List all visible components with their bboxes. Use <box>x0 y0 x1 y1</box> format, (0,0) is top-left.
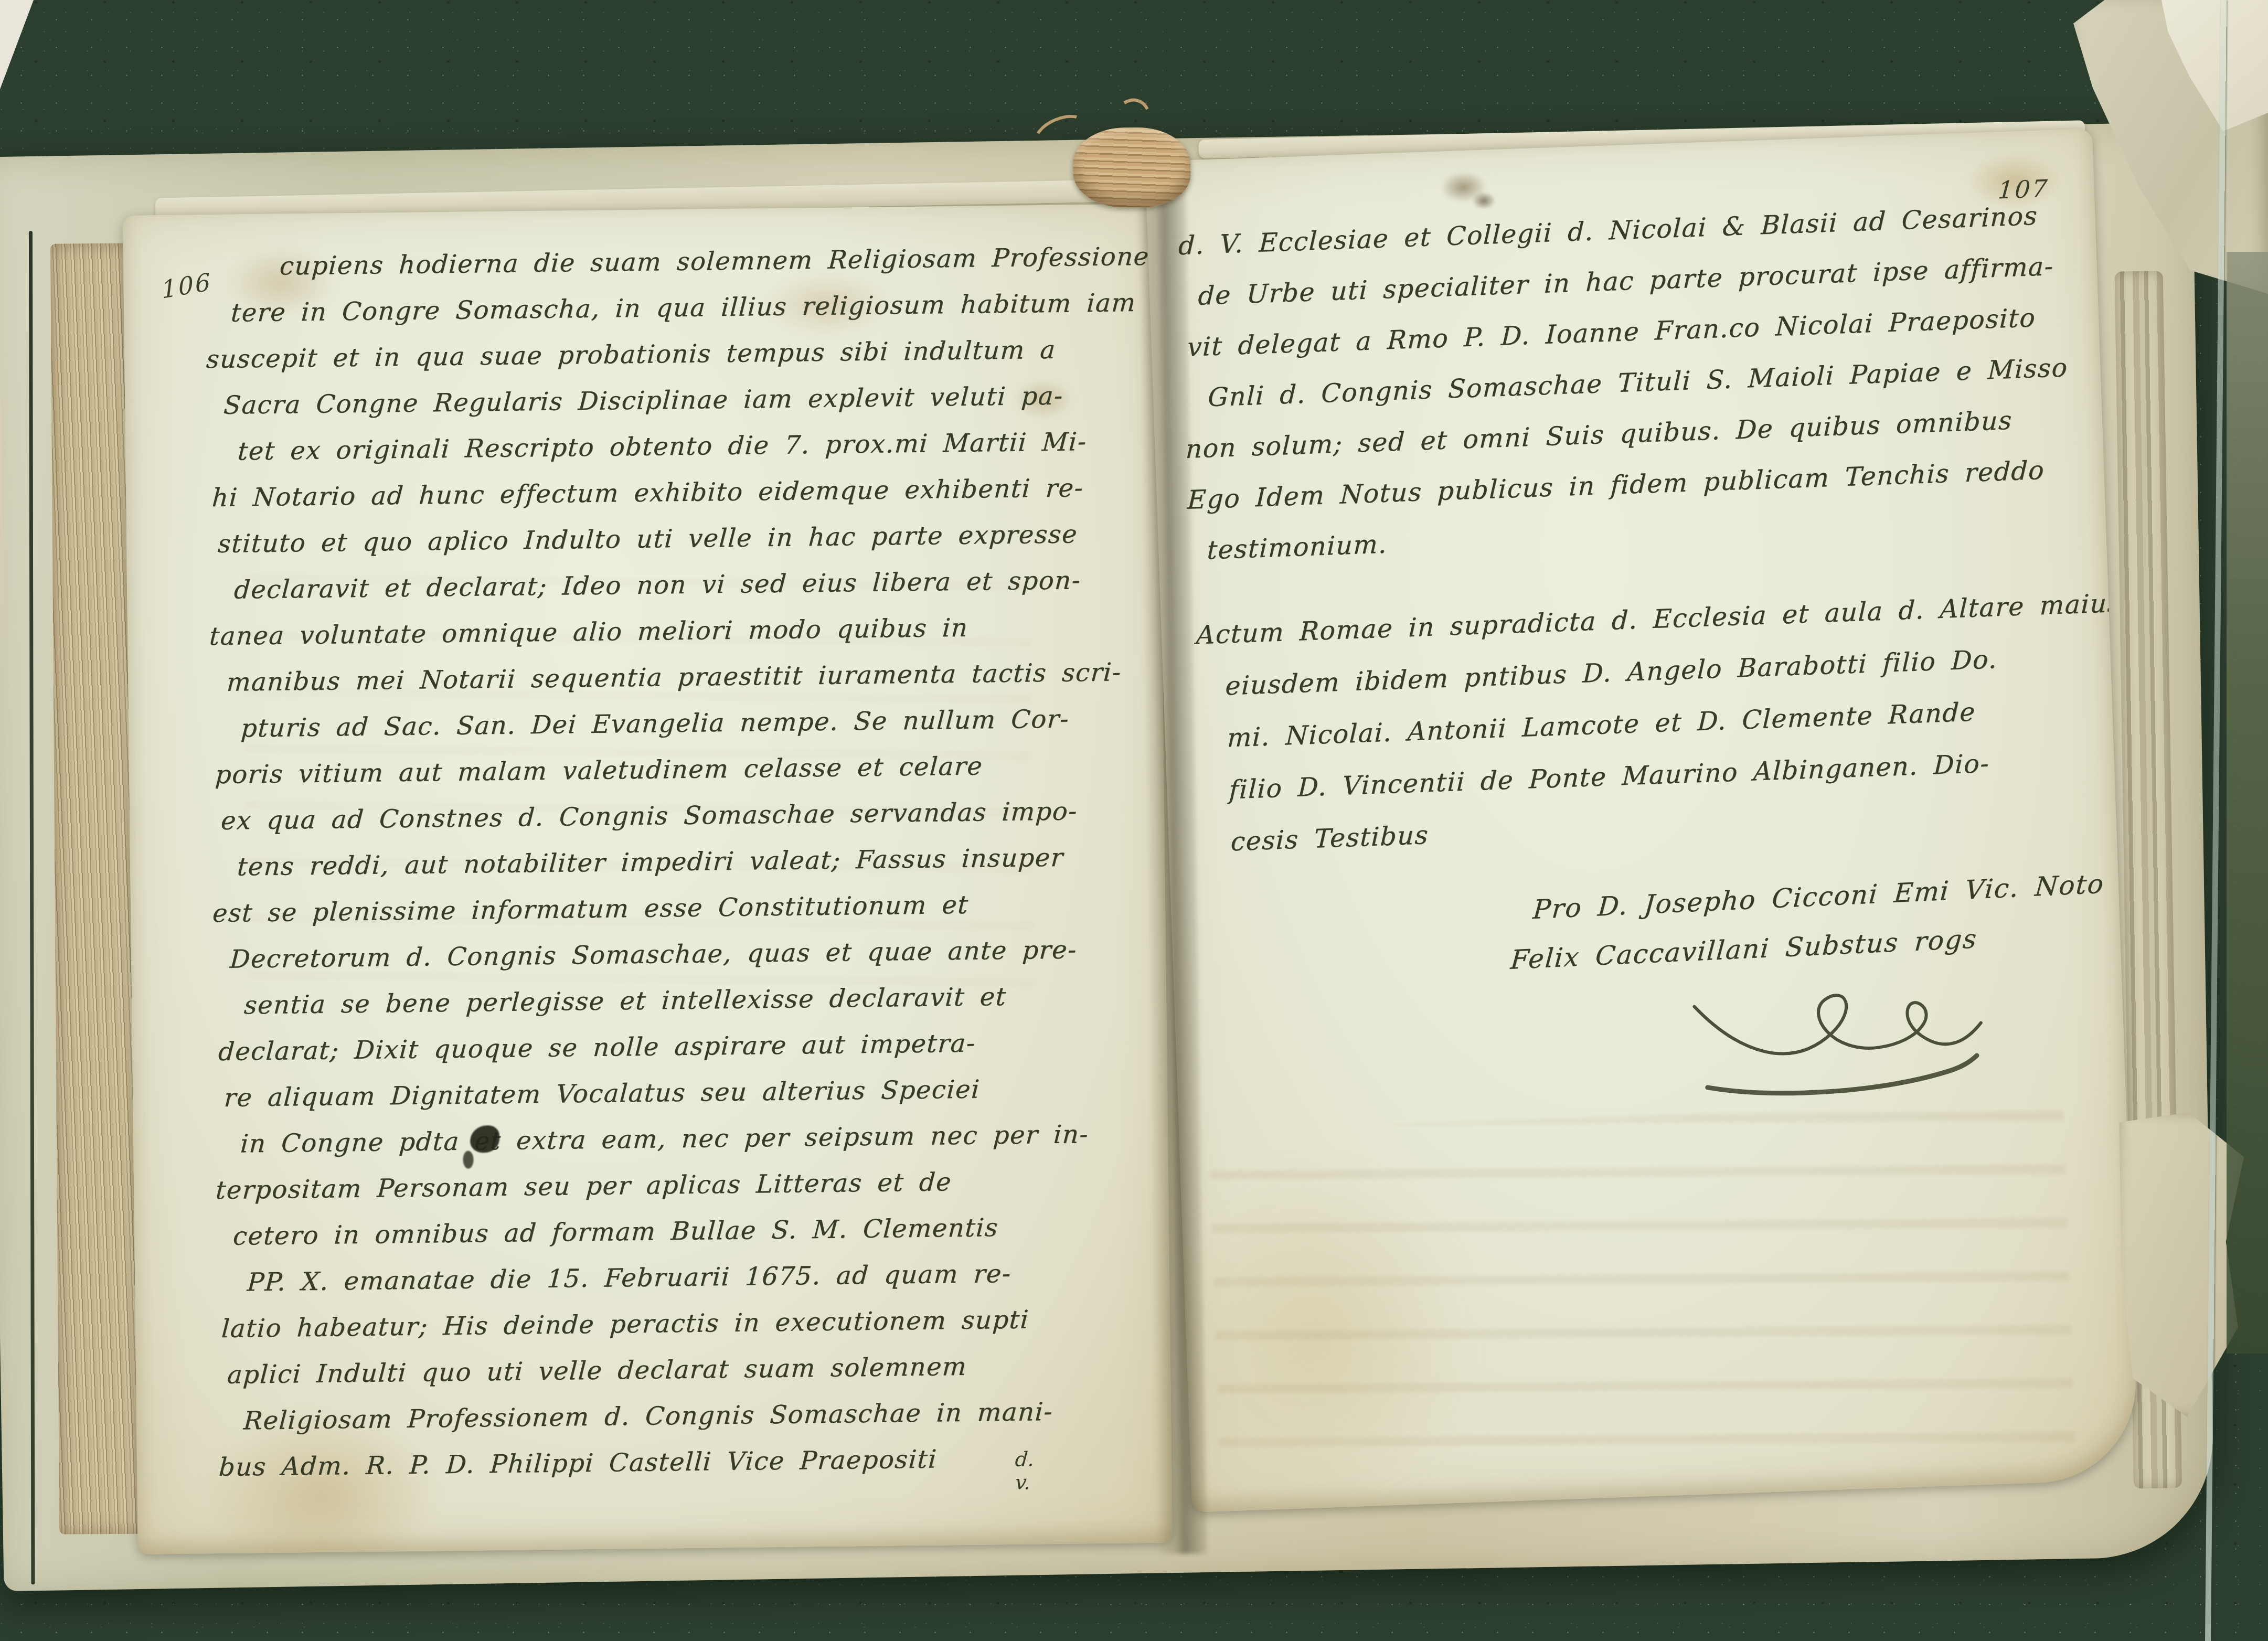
stain <box>1440 171 1488 204</box>
notary-signature: Pro D. Josepho Cicconi Emi Vic. NotoFeli… <box>1532 862 2106 981</box>
notary-flourish <box>1672 964 2002 1112</box>
page-106: 106 cupiens hodierna die suam solemnem R… <box>123 204 1173 1554</box>
catchword: d. v. <box>1013 1447 1035 1494</box>
actum-paragraph: Actum Romae in supradicta d. Ecclesia et… <box>1195 577 2129 869</box>
ink-blot <box>463 1151 473 1169</box>
page-107: 107 d. V. Ecclesiae et Collegii d. Nicol… <box>1145 129 2139 1512</box>
left-page-text: cupiens hodierna die suam solemnem Relig… <box>201 232 1173 1490</box>
catchword-bottom: v. <box>1013 1470 1034 1494</box>
stain <box>1472 191 1496 210</box>
manuscript-scan: 106 cupiens hodierna die suam solemnem R… <box>0 0 2268 1641</box>
catchword-top: d. <box>1014 1447 1035 1470</box>
mat-corner <box>0 0 34 89</box>
shadowed-edge-right <box>2227 252 2268 1354</box>
ink-bleedthrough <box>1208 1101 2075 1476</box>
open-manuscript-book: 106 cupiens hodierna die suam solemnem R… <box>0 118 2229 1601</box>
right-page-text: d. V. Ecclesiae et Collegii d. Nicolai &… <box>1178 189 2074 576</box>
